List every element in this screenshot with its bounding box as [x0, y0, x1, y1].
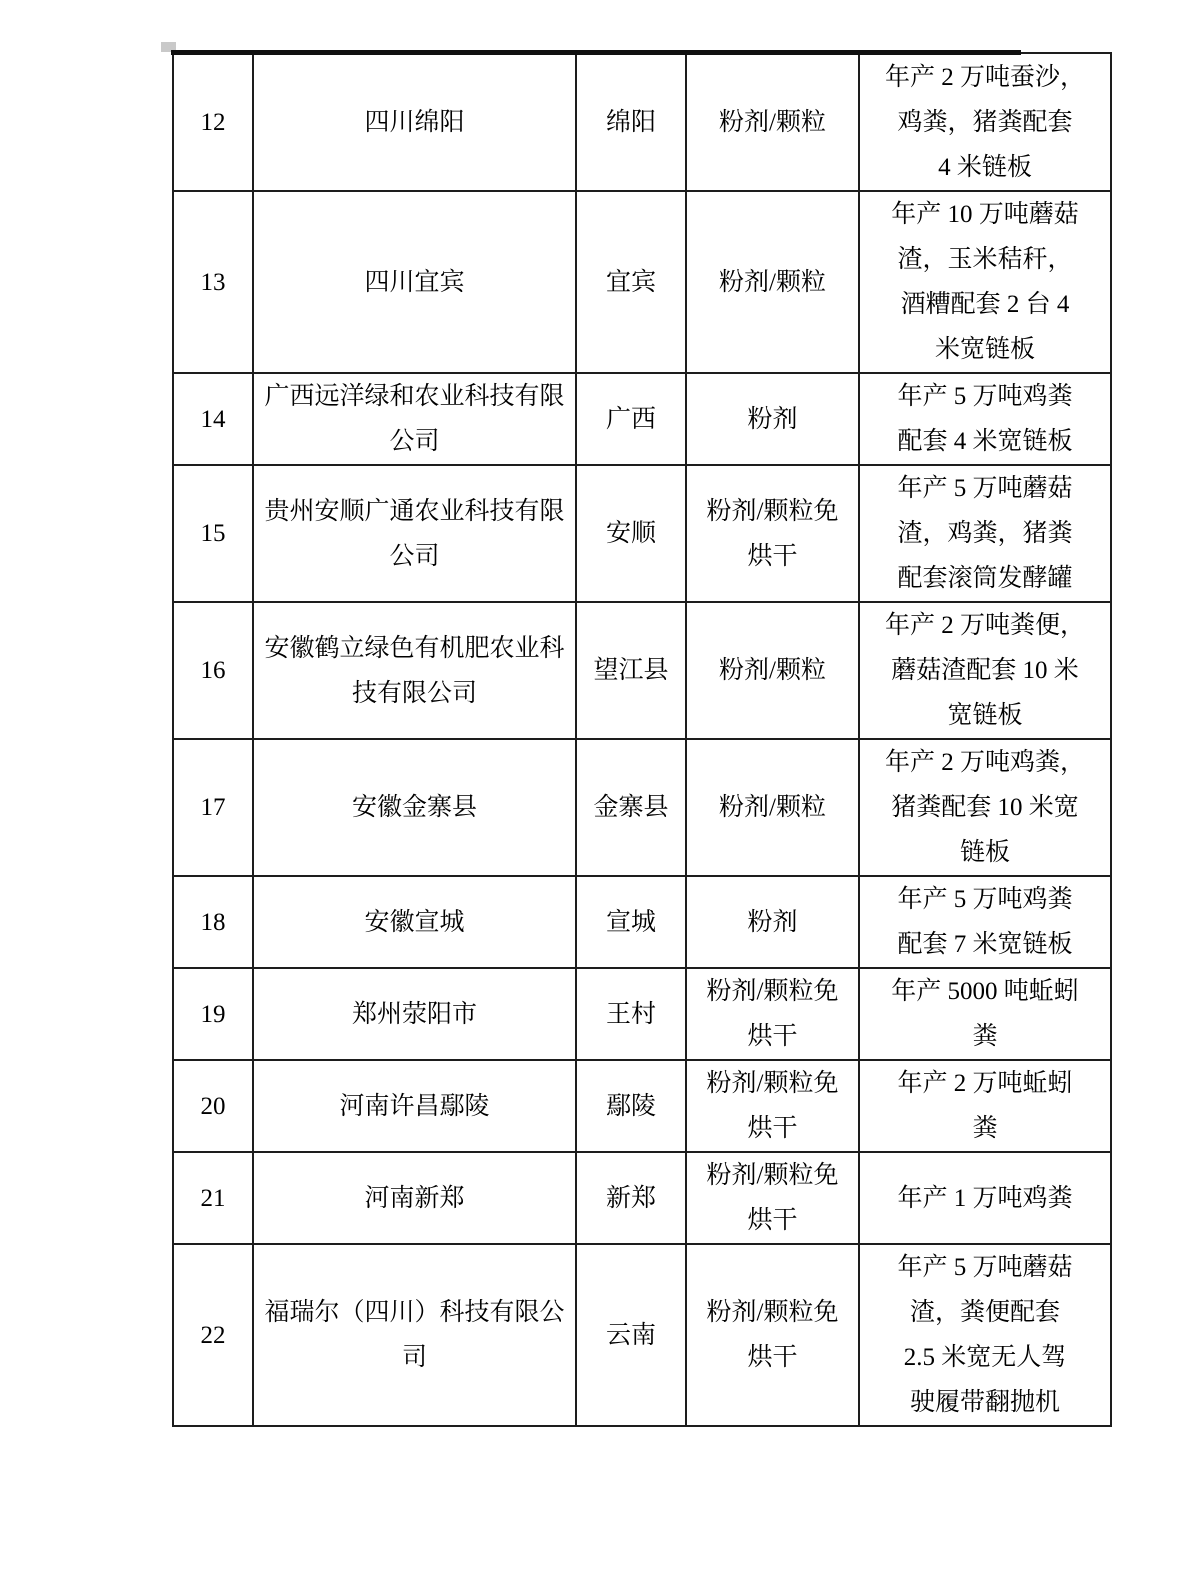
- text-line: 粉剂/颗粒: [693, 260, 852, 305]
- cell-description: 年产 5000 吨蚯蚓 粪: [859, 968, 1111, 1060]
- text-line: 配套 4 米宽链板: [866, 419, 1104, 464]
- cell-name: 河南新郑: [253, 1152, 576, 1244]
- text-line: 驶履带翻抛机: [866, 1380, 1104, 1425]
- factory-capacity-table: 12 四川绵阳 绵阳 粉剂/颗粒 年产 2 万吨蚕沙， 鸡粪，猪粪配套 4 米链…: [172, 52, 1112, 1427]
- cell-description: 年产 2 万吨粪便， 蘑菇渣配套 10 米 宽链板: [859, 602, 1111, 739]
- cell-description: 年产 10 万吨蘑菇 渣，玉米秸秆， 酒糟配套 2 台 4 米宽链板: [859, 191, 1111, 373]
- cell-location: 金寨县: [576, 739, 686, 876]
- row-number: 14: [180, 397, 246, 442]
- text-line: 烘干: [693, 1014, 852, 1059]
- cell-name: 郑州荥阳市: [253, 968, 576, 1060]
- cell-name: 安徽金寨县: [253, 739, 576, 876]
- cell-name: 四川绵阳: [253, 53, 576, 191]
- cell-no: 13: [173, 191, 253, 373]
- text-line: 郑州荥阳市: [260, 992, 569, 1037]
- cell-description: 年产 5 万吨鸡粪 配套 4 米宽链板: [859, 373, 1111, 465]
- cell-location: 鄢陵: [576, 1060, 686, 1152]
- cell-location: 绵阳: [576, 53, 686, 191]
- row-number: 15: [180, 511, 246, 556]
- cell-no: 15: [173, 465, 253, 602]
- cell-name: 安徽鹤立绿色有机肥农业科 技有限公司: [253, 602, 576, 739]
- cell-no: 16: [173, 602, 253, 739]
- cell-type: 粉剂: [686, 876, 859, 968]
- table-row-22: 22 福瑞尔（四川）科技有限公 司 云南 粉剂/颗粒免 烘干 年产 5 万吨蘑菇…: [173, 1244, 1111, 1426]
- table-row-21: 21 河南新郑 新郑 粉剂/颗粒免 烘干 年产 1 万吨鸡粪: [173, 1152, 1111, 1244]
- text-line: 粉剂/颗粒: [693, 100, 852, 145]
- text-line: 渣，玉米秸秆，: [866, 237, 1104, 282]
- table-row-17: 17 安徽金寨县 金寨县 粉剂/颗粒 年产 2 万吨鸡粪， 猪粪配套 10 米宽…: [173, 739, 1111, 876]
- cell-location: 新郑: [576, 1152, 686, 1244]
- cell-description: 年产 5 万吨鸡粪 配套 7 米宽链板: [859, 876, 1111, 968]
- text-line: 安徽宣城: [260, 900, 569, 945]
- text-line: 年产 5 万吨蘑菇: [866, 466, 1104, 511]
- text-line: 年产 5 万吨鸡粪: [866, 374, 1104, 419]
- text-line: 粉剂/颗粒免: [693, 1153, 852, 1198]
- text-line: 望江县: [583, 648, 679, 693]
- cell-no: 19: [173, 968, 253, 1060]
- cell-name: 广西远洋绿和农业科技有限 公司: [253, 373, 576, 465]
- text-line: 2.5 米宽无人驾: [866, 1335, 1104, 1380]
- cell-no: 22: [173, 1244, 253, 1426]
- text-line: 年产 1 万吨鸡粪: [866, 1176, 1104, 1221]
- cell-type: 粉剂: [686, 373, 859, 465]
- cell-type: 粉剂/颗粒免 烘干: [686, 1152, 859, 1244]
- text-line: 公司: [260, 534, 569, 579]
- text-line: 4 米链板: [866, 145, 1104, 190]
- cell-name: 安徽宣城: [253, 876, 576, 968]
- text-line: 粉剂/颗粒免: [693, 1290, 852, 1335]
- cell-location: 广西: [576, 373, 686, 465]
- table-row-18: 18 安徽宣城 宣城 粉剂 年产 5 万吨鸡粪 配套 7 米宽链板: [173, 876, 1111, 968]
- text-line: 司: [260, 1335, 569, 1380]
- text-line: 猪粪配套 10 米宽: [866, 785, 1104, 830]
- text-line: 渣，粪便配套: [866, 1290, 1104, 1335]
- row-number: 12: [180, 100, 246, 145]
- cell-description: 年产 2 万吨蚕沙， 鸡粪，猪粪配套 4 米链板: [859, 53, 1111, 191]
- table-row-19: 19 郑州荥阳市 王村 粉剂/颗粒免 烘干 年产 5000 吨蚯蚓 粪: [173, 968, 1111, 1060]
- row-number: 16: [180, 648, 246, 693]
- text-line: 年产 2 万吨蚕沙，: [866, 55, 1104, 100]
- text-line: 技有限公司: [260, 671, 569, 716]
- cell-location: 王村: [576, 968, 686, 1060]
- text-line: 广西远洋绿和农业科技有限: [260, 374, 569, 419]
- cell-description: 年产 5 万吨蘑菇 渣，鸡粪，猪粪 配套滚筒发酵罐: [859, 465, 1111, 602]
- text-line: 链板: [866, 830, 1104, 875]
- text-line: 粉剂/颗粒免: [693, 489, 852, 534]
- cell-location: 望江县: [576, 602, 686, 739]
- text-line: 年产 2 万吨粪便，: [866, 603, 1104, 648]
- cell-no: 17: [173, 739, 253, 876]
- cell-description: 年产 1 万吨鸡粪: [859, 1152, 1111, 1244]
- table-row-15: 15 贵州安顺广通农业科技有限 公司 安顺 粉剂/颗粒免 烘干 年产 5 万吨蘑…: [173, 465, 1111, 602]
- cell-no: 20: [173, 1060, 253, 1152]
- text-line: 宽链板: [866, 693, 1104, 738]
- cell-description: 年产 2 万吨蚯蚓 粪: [859, 1060, 1111, 1152]
- cell-type: 粉剂/颗粒免 烘干: [686, 1244, 859, 1426]
- text-line: 蘑菇渣配套 10 米: [866, 648, 1104, 693]
- text-line: 公司: [260, 419, 569, 464]
- text-line: 粉剂: [693, 900, 852, 945]
- cell-type: 粉剂/颗粒免 烘干: [686, 465, 859, 602]
- cell-description: 年产 2 万吨鸡粪， 猪粪配套 10 米宽 链板: [859, 739, 1111, 876]
- cell-no: 18: [173, 876, 253, 968]
- text-line: 河南新郑: [260, 1176, 569, 1221]
- text-line: 福瑞尔（四川）科技有限公: [260, 1290, 569, 1335]
- text-line: 安徽金寨县: [260, 785, 569, 830]
- cell-location: 宣城: [576, 876, 686, 968]
- cell-name: 贵州安顺广通农业科技有限 公司: [253, 465, 576, 602]
- text-line: 年产 5000 吨蚯蚓: [866, 969, 1104, 1014]
- text-line: 粉剂/颗粒: [693, 648, 852, 693]
- text-line: 贵州安顺广通农业科技有限: [260, 489, 569, 534]
- row-number: 18: [180, 900, 246, 945]
- text-line: 配套 7 米宽链板: [866, 922, 1104, 967]
- cell-description: 年产 5 万吨蘑菇 渣，粪便配套 2.5 米宽无人驾 驶履带翻抛机: [859, 1244, 1111, 1426]
- text-line: 宣城: [583, 900, 679, 945]
- text-line: 绵阳: [583, 100, 679, 145]
- text-line: 年产 10 万吨蘑菇: [866, 192, 1104, 237]
- cell-no: 14: [173, 373, 253, 465]
- text-line: 渣，鸡粪，猪粪: [866, 511, 1104, 556]
- row-number: 19: [180, 992, 246, 1037]
- text-line: 金寨县: [583, 785, 679, 830]
- row-number: 22: [180, 1313, 246, 1358]
- text-line: 王村: [583, 992, 679, 1037]
- text-line: 四川宜宾: [260, 260, 569, 305]
- table-row-20: 20 河南许昌鄢陵 鄢陵 粉剂/颗粒免 烘干 年产 2 万吨蚯蚓 粪: [173, 1060, 1111, 1152]
- cell-type: 粉剂/颗粒: [686, 191, 859, 373]
- cell-name: 福瑞尔（四川）科技有限公 司: [253, 1244, 576, 1426]
- text-line: 安徽鹤立绿色有机肥农业科: [260, 626, 569, 671]
- table-row-16: 16 安徽鹤立绿色有机肥农业科 技有限公司 望江县 粉剂/颗粒 年产 2 万吨粪…: [173, 602, 1111, 739]
- text-line: 安顺: [583, 511, 679, 556]
- cell-type: 粉剂/颗粒免 烘干: [686, 1060, 859, 1152]
- factory-table: 12 四川绵阳 绵阳 粉剂/颗粒 年产 2 万吨蚕沙， 鸡粪，猪粪配套 4 米链…: [172, 52, 1112, 1427]
- cell-no: 12: [173, 53, 253, 191]
- text-line: 粉剂/颗粒免: [693, 1061, 852, 1106]
- text-line: 烘干: [693, 534, 852, 579]
- row-number: 13: [180, 260, 246, 305]
- cell-name: 四川宜宾: [253, 191, 576, 373]
- text-line: 粉剂: [693, 397, 852, 442]
- table-row-14: 14 广西远洋绿和农业科技有限 公司 广西 粉剂 年产 5 万吨鸡粪 配套 4 …: [173, 373, 1111, 465]
- text-line: 粪: [866, 1106, 1104, 1151]
- text-line: 配套滚筒发酵罐: [866, 556, 1104, 601]
- row-number: 21: [180, 1176, 246, 1221]
- text-line: 鸡粪，猪粪配套: [866, 100, 1104, 145]
- text-line: 酒糟配套 2 台 4: [866, 282, 1104, 327]
- cell-location: 安顺: [576, 465, 686, 602]
- cell-location: 云南: [576, 1244, 686, 1426]
- cell-type: 粉剂/颗粒: [686, 739, 859, 876]
- cell-type: 粉剂/颗粒: [686, 602, 859, 739]
- table-row-13: 13 四川宜宾 宜宾 粉剂/颗粒 年产 10 万吨蘑菇 渣，玉米秸秆， 酒糟配套…: [173, 191, 1111, 373]
- table-row-12: 12 四川绵阳 绵阳 粉剂/颗粒 年产 2 万吨蚕沙， 鸡粪，猪粪配套 4 米链…: [173, 53, 1111, 191]
- text-line: 粉剂/颗粒免: [693, 969, 852, 1014]
- text-line: 年产 5 万吨鸡粪: [866, 877, 1104, 922]
- text-line: 新郑: [583, 1176, 679, 1221]
- row-number: 20: [180, 1084, 246, 1129]
- text-line: 广西: [583, 397, 679, 442]
- text-line: 年产 2 万吨蚯蚓: [866, 1061, 1104, 1106]
- cell-type: 粉剂/颗粒: [686, 53, 859, 191]
- text-line: 粪: [866, 1014, 1104, 1059]
- text-line: 鄢陵: [583, 1084, 679, 1129]
- text-line: 烘干: [693, 1335, 852, 1380]
- text-line: 年产 5 万吨蘑菇: [866, 1245, 1104, 1290]
- row-number: 17: [180, 785, 246, 830]
- text-line: 宜宾: [583, 260, 679, 305]
- cell-name: 河南许昌鄢陵: [253, 1060, 576, 1152]
- text-line: 烘干: [693, 1106, 852, 1151]
- document-page: { "page": { "background": "#ffffff" }, "…: [0, 0, 1200, 1595]
- cell-no: 21: [173, 1152, 253, 1244]
- text-line: 四川绵阳: [260, 100, 569, 145]
- cell-location: 宜宾: [576, 191, 686, 373]
- text-line: 米宽链板: [866, 327, 1104, 372]
- text-line: 云南: [583, 1313, 679, 1358]
- cell-type: 粉剂/颗粒免 烘干: [686, 968, 859, 1060]
- text-line: 烘干: [693, 1198, 852, 1243]
- text-line: 年产 2 万吨鸡粪，: [866, 740, 1104, 785]
- table-top-border: [171, 50, 1021, 55]
- text-line: 河南许昌鄢陵: [260, 1084, 569, 1129]
- text-line: 粉剂/颗粒: [693, 785, 852, 830]
